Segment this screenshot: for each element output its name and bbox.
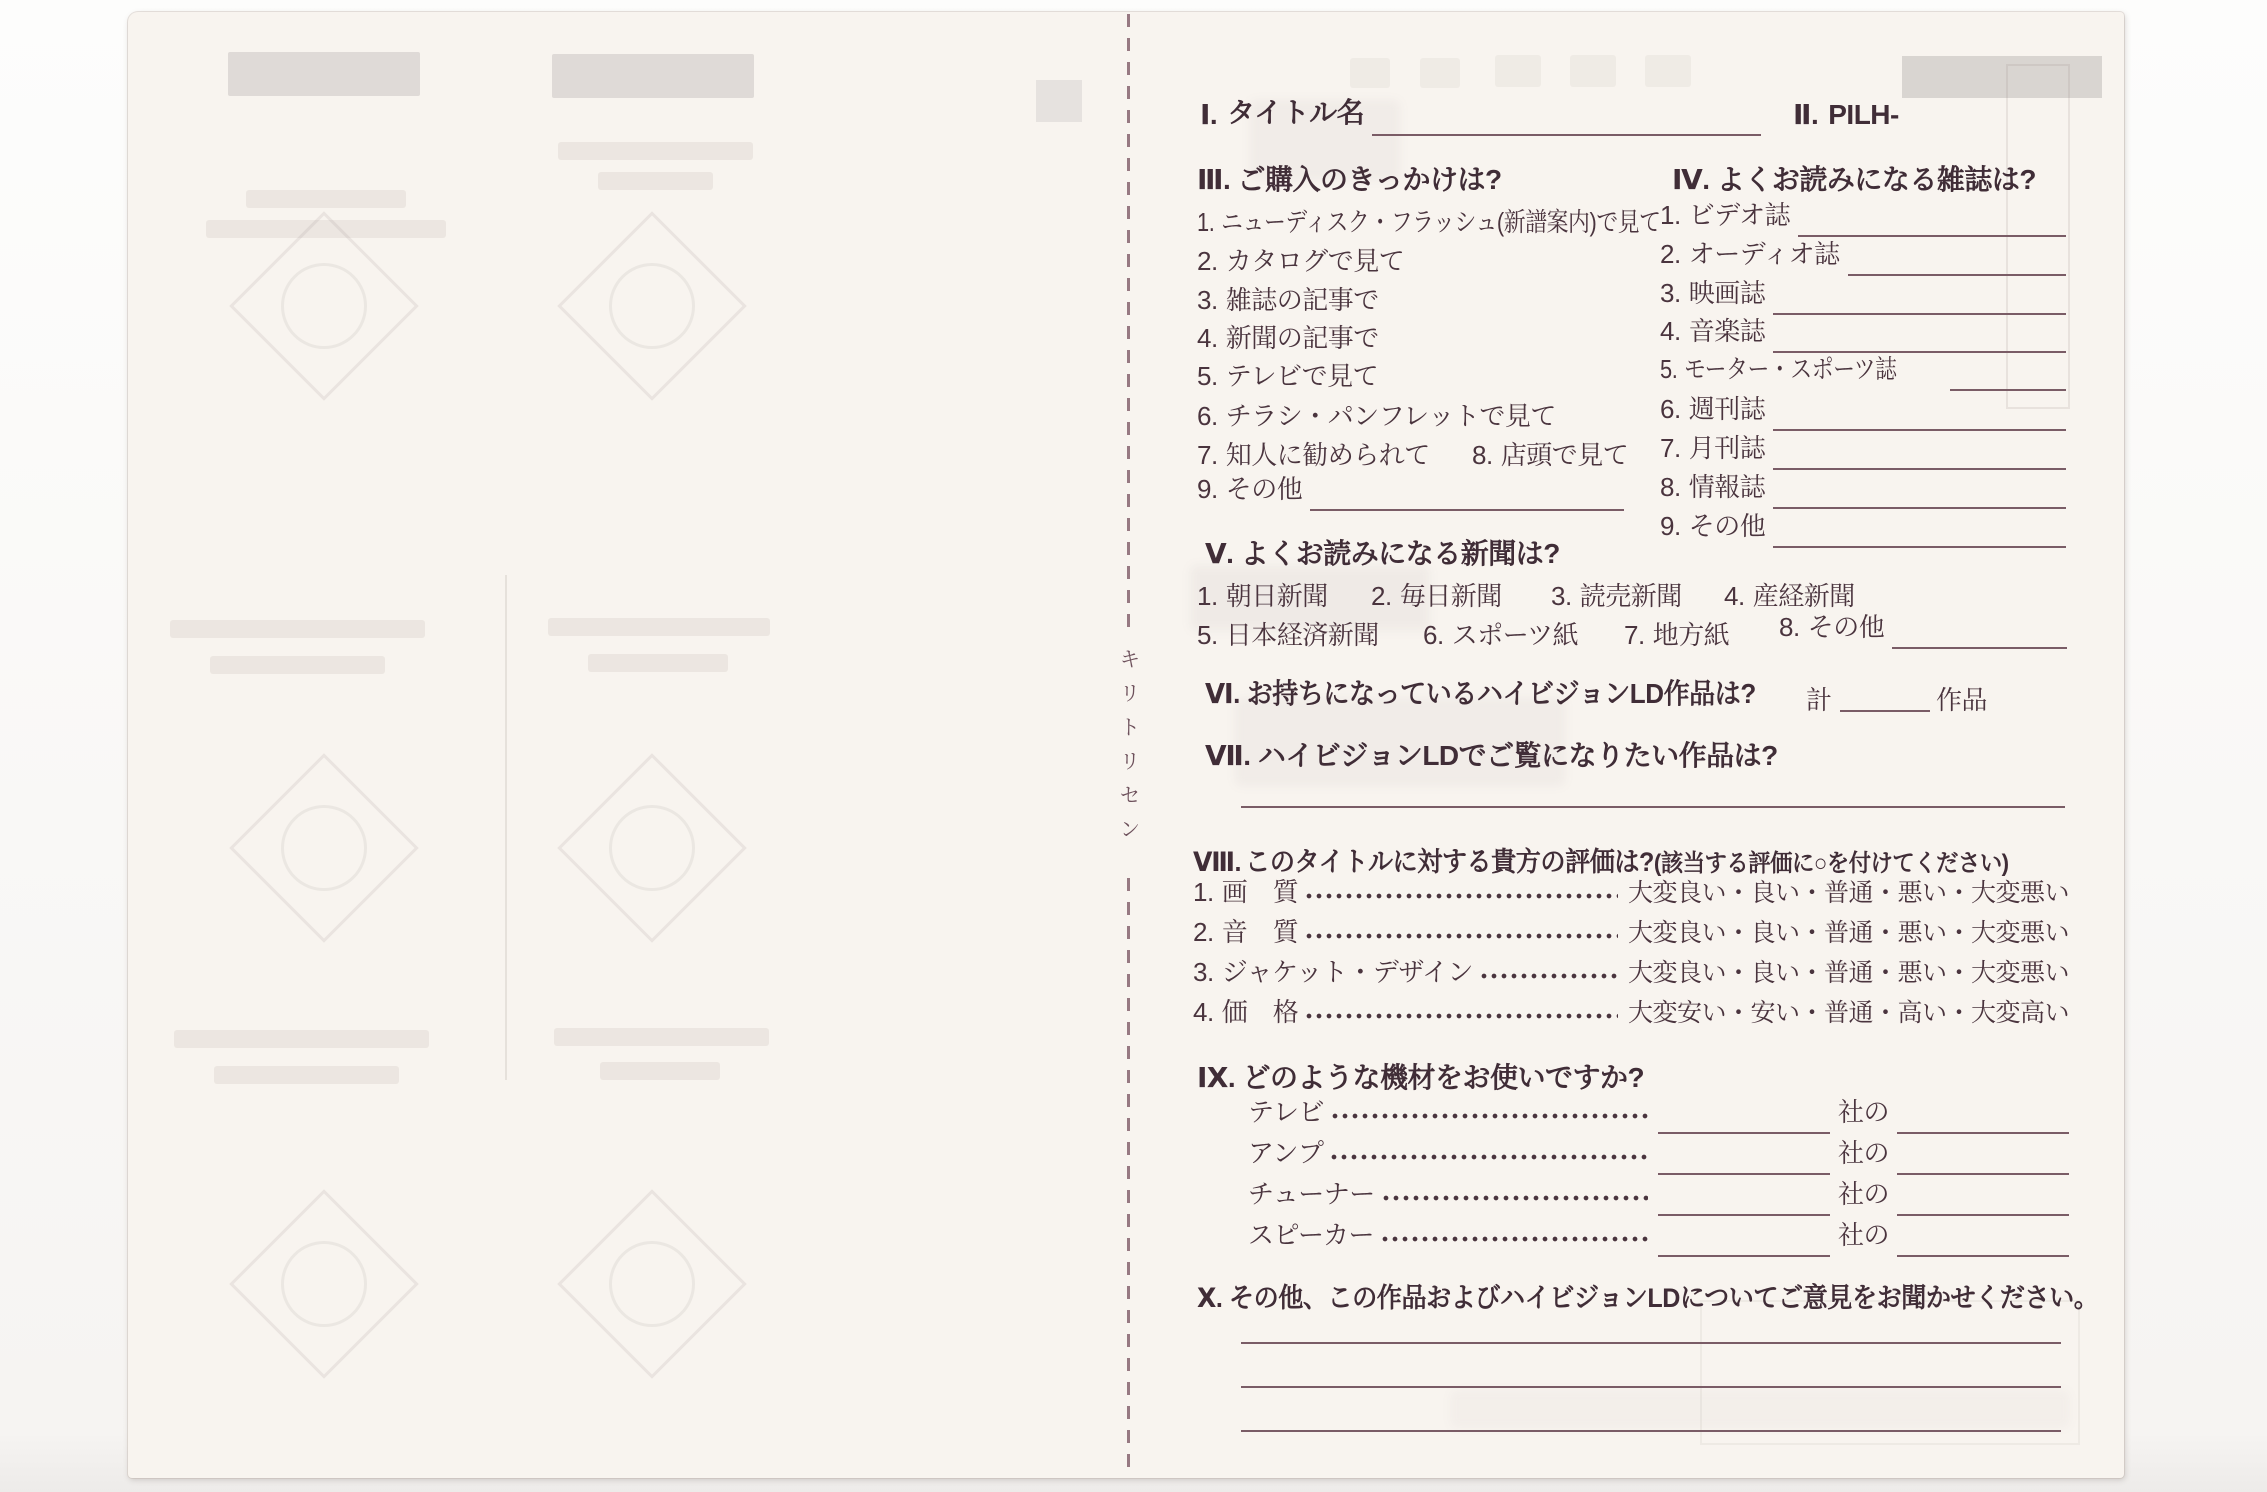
q9-suffix: 社の: [1838, 1092, 1889, 1134]
q4-item: 7.月刊誌: [1660, 434, 2066, 470]
q6-heading: Ⅵ. お持ちになっているハイビジョンLD作品は?: [1205, 676, 1756, 712]
q9-suffix: 社の: [1838, 1174, 1889, 1216]
q4-answer-line: [1773, 468, 2066, 470]
q9-equipment-row: アンプ 社の: [1248, 1141, 2069, 1175]
q4-item: 3.映画誌: [1660, 279, 2066, 315]
q4-answer-line: [1848, 274, 2066, 276]
q3-item: 4.新聞の記事で: [1197, 318, 1379, 355]
q9-equipment-row: スピーカー 社の: [1248, 1223, 2069, 1257]
q3-item-other: 9.その他: [1197, 475, 1624, 511]
dot-leader: [1304, 1005, 1618, 1027]
field-catalog-number: Ⅱ. PILH-: [1793, 98, 1899, 136]
dot-leader: [1380, 1228, 1648, 1250]
q8-rating-row: 1.画 質 大変良い・良い・普通・悪い・大変悪い: [1193, 878, 2069, 914]
q2-number: Ⅱ.: [1793, 98, 1818, 136]
q5-item: 6.スポーツ紙: [1423, 615, 1578, 652]
cut-line-label: キリトリセン: [1105, 630, 1151, 870]
q9-maker-line: [1658, 1100, 1830, 1134]
q4-item: 1.ビデオ誌: [1660, 201, 2066, 237]
q9-heading: Ⅸ. どのような機材をお使いですか?: [1197, 1056, 1644, 1096]
q5-heading: Ⅴ. よくお読みになる新聞は?: [1205, 532, 1560, 572]
rating-scale: 大変良い・良い・普通・悪い・大変悪い: [1628, 873, 2069, 914]
q3-item: 5.テレビで見て: [1197, 356, 1378, 393]
q7-answer-line: [1241, 806, 2065, 808]
q10-heading: Ⅹ. その他、この作品およびハイビジョンLDについてご意見をお聞かせください。: [1197, 1276, 2098, 1315]
q4-item: 4.音楽誌: [1660, 317, 2066, 353]
rating-scale: 大変良い・良い・普通・悪い・大変悪い: [1628, 953, 2069, 994]
q4-answer-line: [1773, 507, 2066, 509]
q4-item: 2.オーディオ誌: [1660, 240, 2066, 276]
dot-leader: [1304, 885, 1618, 907]
q4-item: 5.モーター・スポーツ誌: [1660, 355, 2066, 391]
q9-model-line: [1897, 1100, 2069, 1134]
q9-model-line: [1897, 1141, 2069, 1175]
q4-item: 6.週刊誌: [1660, 395, 2066, 431]
q4-answer-line: [1773, 313, 2066, 315]
q1-label: タイトル名: [1227, 91, 1364, 136]
q10-comment-line: [1241, 1430, 2061, 1432]
q9-maker-line: [1658, 1141, 1830, 1175]
q9-equipment-row: テレビ 社の: [1248, 1100, 2069, 1134]
q5-item: 3.読売新聞: [1551, 576, 1682, 613]
dot-leader: [1381, 1187, 1648, 1209]
q3-item: 7.知人に勧められて: [1197, 435, 1430, 472]
q7-heading: Ⅶ. ハイビジョンLDでご覧になりたい作品は?: [1205, 734, 1778, 774]
q5-item: 1.朝日新聞: [1197, 576, 1328, 613]
q8-rating-row: 3.ジャケット・デザイン 大変良い・良い・普通・悪い・大変悪い: [1193, 958, 2069, 994]
dot-leader: [1479, 965, 1618, 987]
q5-other-line: [1892, 647, 2067, 649]
q3-item: 2.カタログで見て: [1197, 241, 1404, 278]
q4-item: 9.その他: [1660, 512, 2066, 548]
q3-item: 1.ニューディスク・フラッシュ(新譜案内)で見て: [1197, 202, 1661, 239]
q4-answer-line: [1773, 429, 2066, 431]
q10-comment-line: [1241, 1386, 2061, 1388]
rating-scale: 大変良い・良い・普通・悪い・大変悪い: [1628, 913, 2069, 954]
q9-model-line: [1897, 1182, 2069, 1216]
q3-item: 8.店頭で見て: [1472, 435, 1628, 472]
q9-equipment-row: チューナー 社の: [1248, 1182, 2069, 1216]
q8-rating-row: 2.音 質 大変良い・良い・普通・悪い・大変悪い: [1193, 918, 2069, 954]
q10-comment-line: [1241, 1342, 2061, 1344]
dot-leader: [1330, 1105, 1648, 1127]
q2-label: PILH-: [1828, 99, 1899, 136]
q3-other-line: [1310, 509, 1624, 511]
q9-suffix: 社の: [1838, 1215, 1889, 1257]
q5-item: 7.地方紙: [1624, 615, 1729, 652]
q4-item: 8.情報誌: [1660, 473, 2066, 509]
rating-scale: 大変安い・安い・普通・高い・大変高い: [1628, 993, 2069, 1034]
q4-answer-line: [1950, 389, 2066, 391]
q4-answer-line: [1773, 546, 2066, 548]
q1-number: Ⅰ.: [1200, 98, 1217, 136]
q9-maker-line: [1658, 1182, 1830, 1216]
q4-heading: Ⅳ. よくお読みになる雑誌は?: [1672, 158, 2036, 198]
q3-item: 3.雑誌の記事で: [1197, 280, 1379, 317]
scanned-questionnaire-card: キリトリセン Ⅰ. タイトル名 Ⅱ. PILH- Ⅲ. ご購入のきっかけは? 1…: [0, 0, 2267, 1492]
dot-leader: [1304, 925, 1618, 947]
q1-answer-line: [1372, 134, 1761, 136]
q3-item: 6.チラシ・パンフレットで見て: [1197, 396, 1556, 433]
q5-item-other: 8.その他: [1779, 613, 2067, 649]
field-title-name: Ⅰ. タイトル名: [1200, 98, 1761, 136]
dot-leader: [1329, 1146, 1648, 1168]
q5-item: 2.毎日新聞: [1371, 576, 1502, 613]
q6-total-label: 計: [1806, 680, 1832, 717]
q6-count-line: [1840, 676, 1930, 712]
q6-unit-label: 作品: [1936, 680, 1987, 717]
q9-maker-line: [1658, 1223, 1830, 1257]
q3-heading: Ⅲ. ご購入のきっかけは?: [1197, 158, 1502, 198]
q9-model-line: [1897, 1223, 2069, 1257]
q5-item: 5.日本経済新聞: [1197, 615, 1379, 652]
q8-rating-row: 4.価 格 大変安い・安い・普通・高い・大変高い: [1193, 998, 2069, 1034]
q9-suffix: 社の: [1838, 1133, 1889, 1175]
